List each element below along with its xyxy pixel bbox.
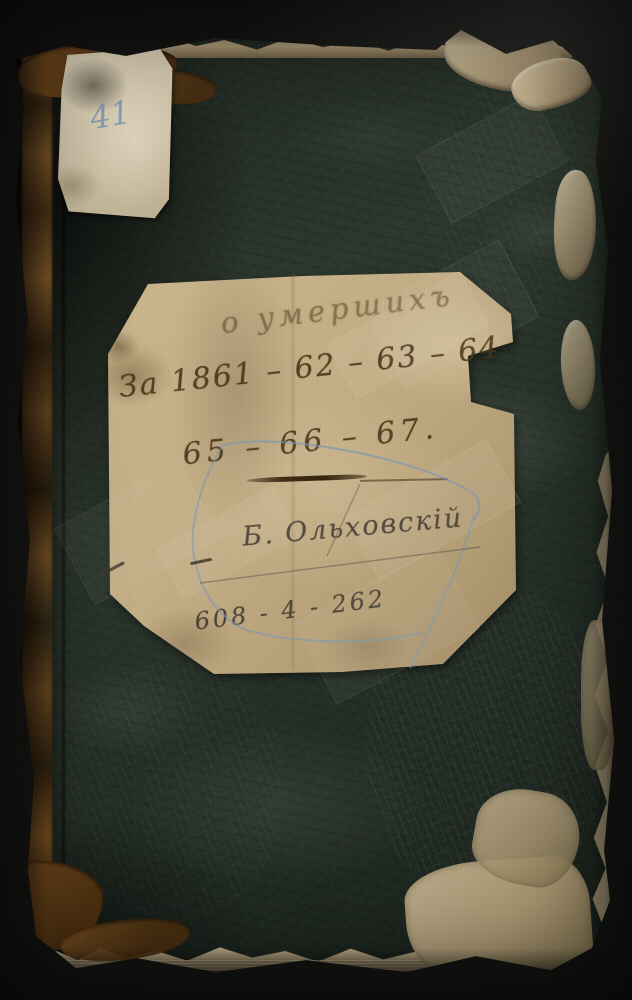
blue-pencil-scribble	[102, 264, 516, 676]
pencil-line	[200, 547, 480, 583]
corner-label-number: 41	[87, 93, 134, 137]
corner-paper-label: 41	[58, 48, 176, 220]
page-block-edge	[66, 960, 546, 970]
title-paper-label: о умершихъ За 1861 – 62 – 63 – 64 65 – 6…	[102, 264, 516, 676]
corner-label-paper	[58, 48, 176, 220]
book-front-cover: 41 о умершихъ За 1861 – 62 – 63 – 64 65 …	[6, 20, 618, 978]
book-cover-photograph: 41 о умершихъ За 1861 – 62 – 63 – 64 65 …	[0, 0, 632, 1000]
pencil-line	[327, 484, 360, 556]
